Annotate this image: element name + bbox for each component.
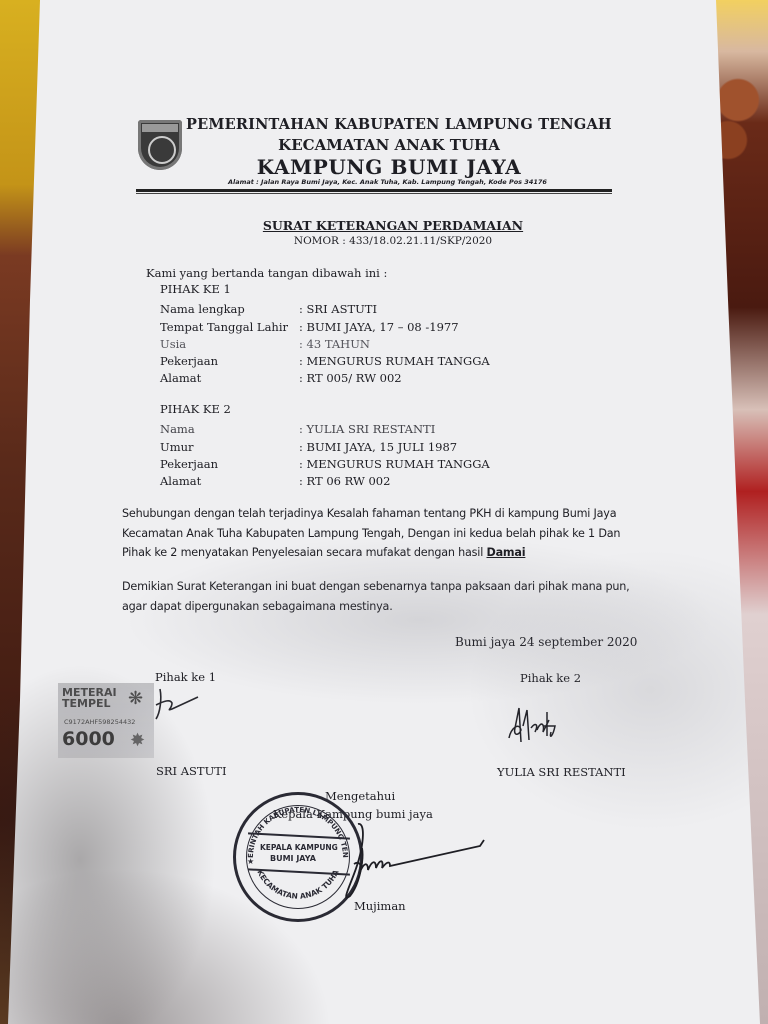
party1-printed-name: SRI ASTUTI [156,766,227,778]
letterhead-district: KECAMATAN ANAK TUHA [0,136,768,154]
statement-paragraph: Sehubungan dengan telah terjadinya Kesal… [122,504,642,563]
revenue-stamp: METERAITEMPEL ❋ C9172AHF598254432 6000 ✸ [58,683,154,758]
letterhead-village: KAMPUNG BUMI JAYA [0,155,768,179]
letterhead-government: PEMERINTAHAN KABUPATEN LAMPUNG TENGAH [186,116,612,133]
party2-printed-name: YULIA SRI RESTANTI [497,767,626,779]
document-title: SURAT KETERANGAN PERDAMAIAN [0,218,768,233]
party1-sign-label: Pihak ke 1 [155,672,216,684]
letterhead-divider [136,189,612,192]
document-number-value: : 433/18.02.21.11/SKP/2020 [342,235,492,247]
party2-heading: PIHAK KE 2 [160,404,231,416]
closing-paragraph: Demikian Surat Keterangan ini buat denga… [122,577,642,616]
witness-printed-name: Mujiman [354,901,406,913]
letterhead-address: Alamat : Jalan Raya Bumi Jaya, Kec. Anak… [228,178,547,186]
party2-sign-label: Pihak ke 2 [520,673,581,685]
party1-heading: PIHAK KE 1 [160,284,231,296]
date-place: Bumi jaya 24 september 2020 [455,636,637,648]
document-number-label: NOMOR [294,235,339,247]
document-number: NOMOR : 433/18.02.21.11/SKP/2020 [0,235,768,247]
intro-text: Kami yang bertanda tangan dibawah ini : [146,268,387,280]
party1-signature [150,685,210,725]
party2-signature [505,702,565,748]
village-head-signature [330,818,490,908]
letterhead-divider-thin [136,193,612,194]
star-emblem-icon: ✸ [130,730,145,751]
result-emphasis: Damai [487,546,526,559]
garuda-emblem-icon: ❋ [128,688,143,709]
